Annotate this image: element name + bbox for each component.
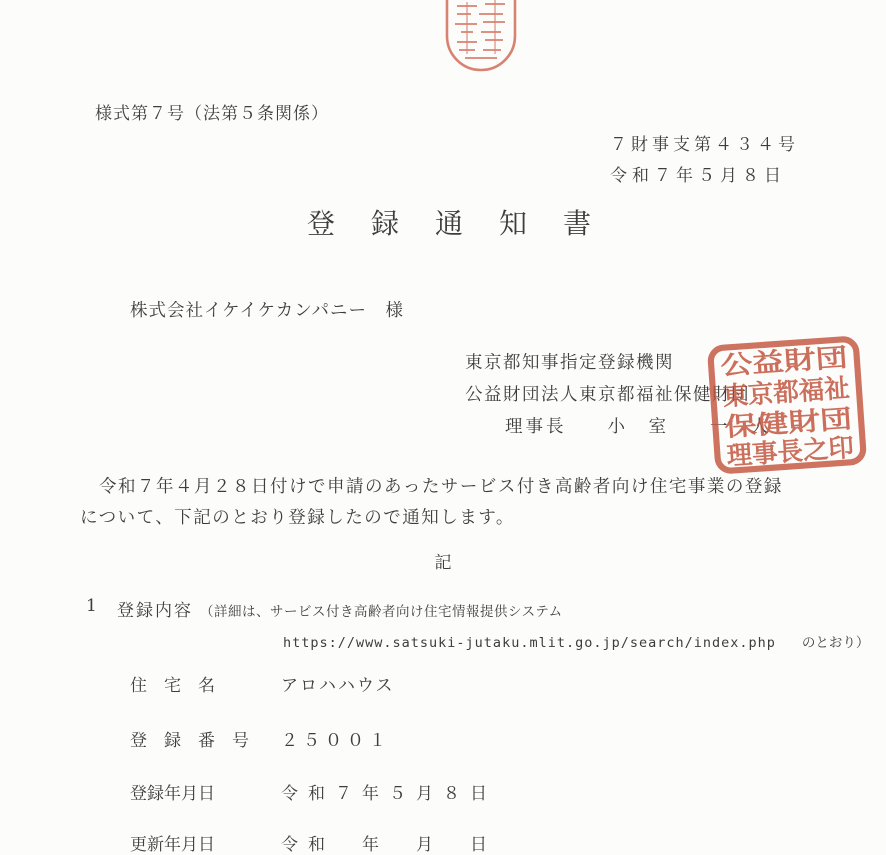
field-value: ２５００１ <box>281 726 391 751</box>
foundation-president-seal-icon: 公益財団 東京都福祉 保健財団 理事長之印 <box>706 334 869 476</box>
field-row-housing-name: 住 宅 名 アロハハウス <box>0 671 886 697</box>
document-title: 登録通知書 <box>307 202 627 242</box>
section-heading: 登録内容 <box>117 596 193 621</box>
issuer-organization-name: 公益財団法人東京都福祉保健財団 <box>465 381 750 406</box>
section-number: 1 <box>86 596 97 616</box>
system-url: https://www.satsuki-jutaku.mlit.go.jp/se… <box>283 635 776 651</box>
field-label: 更新年月日 <box>130 830 215 855</box>
scanned-document-page: 様式第７号（法第５条関係） ７財事支第４３４号 令和７年５月８日 登録通知書 株… <box>0 0 886 855</box>
field-label: 住 宅 名 <box>130 671 215 696</box>
field-row-registration-date: 登録年月日 令和７年５月８日 <box>0 779 886 805</box>
field-value: 令和７年５月８日 <box>281 779 497 804</box>
field-label: 登録年月日 <box>130 779 215 804</box>
field-value: 令和 年 月 日 <box>281 830 497 855</box>
addressee-name: 株式会社イケイケカンパニー 様 <box>130 297 404 322</box>
system-url-line: https://www.satsuki-jutaku.mlit.go.jp/se… <box>283 631 869 651</box>
field-row-registration-number: 登 録 番 号 ２５００１ <box>0 726 886 752</box>
ki-marker: 記 <box>0 548 886 573</box>
field-value: アロハハウス <box>281 671 395 696</box>
field-row-update-date: 更新年月日 令和 年 月 日 <box>0 830 886 855</box>
section-note-close: のとおり） <box>802 635 870 651</box>
body-paragraph-line-2: について、下記のとおり登録したので通知します。 <box>80 503 515 534</box>
body-paragraph-line-1: 令和７年４月２８日付けで申請のあったサービス付き高齢者向け住宅事業の登録 <box>80 472 783 503</box>
form-number: 様式第７号（法第５条関係） <box>95 99 329 124</box>
section-note-open: （詳細は、サービス付き高齢者向け住宅情報提供システム <box>200 600 563 620</box>
issue-date: 令和７年５月８日 <box>610 161 786 186</box>
red-oval-receipt-seal-icon <box>441 0 521 76</box>
reference-number: ７財事支第４３４号 <box>610 130 799 155</box>
field-label: 登 録 番 号 <box>130 726 249 751</box>
issuer-organization-type: 東京都知事指定登録機関 <box>465 349 674 374</box>
